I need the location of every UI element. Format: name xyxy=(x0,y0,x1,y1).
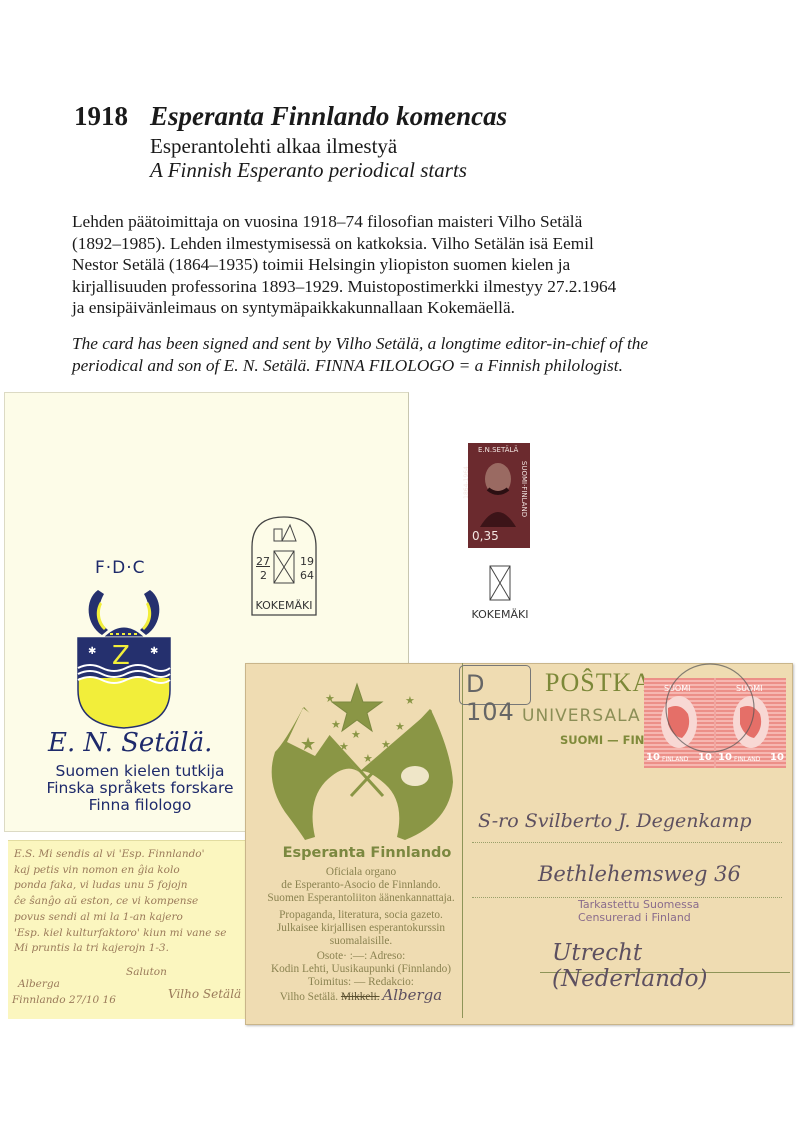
postcard-divider xyxy=(462,663,463,1018)
crossed-flags-icon: ★★★ ★★★ ★★ ★ xyxy=(255,672,460,842)
letter-line: E.S. Mi sendis al vi 'Esp. Finnlando' xyxy=(14,847,226,863)
subtitle-english: A Finnish Esperanto periodical starts xyxy=(150,158,467,183)
letter-line: kaj petis vin nomon en ĝia kolo xyxy=(14,863,226,879)
kokemaki-postmark: 27 2 19 64 KOKEMÄKI xyxy=(248,515,320,620)
crest-caption: Suomen kielen tutkija Finska språkets fo… xyxy=(40,763,240,814)
letter-line: Mi pruntis la tri kajerojn 1-3. xyxy=(14,941,226,957)
country-label: SUOMI — FINN xyxy=(560,733,654,747)
postmark-month: 2 xyxy=(260,569,267,582)
cancel-place: KOKEMÄKI xyxy=(468,608,532,621)
letter-date: Finnlando 27/10 16 xyxy=(12,993,116,1009)
fdc-label: F·D·C xyxy=(95,558,146,578)
handwritten-city: Alberga xyxy=(382,986,442,1004)
stamp-value-right: 10 xyxy=(770,752,784,763)
description-finnish: Lehden päätoimittaja on vuosina 1918–74 … xyxy=(72,211,772,319)
page-title: Esperanta Finnlando komencas xyxy=(150,101,507,132)
pc-line: de Esperanto-Asocio de Finnlando. xyxy=(250,879,472,892)
letter-closing: Saluton xyxy=(126,965,167,981)
pc-line: suomalaisille. xyxy=(250,935,472,948)
pc-line: Suomen Esperantoliiton äänenkannattaja. xyxy=(250,892,472,905)
address-street: Bethlehemsweg 36 xyxy=(538,862,741,886)
svg-text:★: ★ xyxy=(331,718,341,731)
pc-line: Oficiala organo xyxy=(250,866,472,879)
address-rule xyxy=(472,842,782,843)
text-line: periodical and son of E. N. Setälä. FINN… xyxy=(72,355,792,377)
handwritten-letter-card: E.S. Mi sendis al vi 'Esp. Finnlando' ka… xyxy=(8,840,248,1019)
box-number: D 104 xyxy=(466,670,530,726)
cancellation-ring-icon xyxy=(660,658,760,758)
svg-text:✱: ✱ xyxy=(150,646,158,657)
svg-text:★: ★ xyxy=(300,734,316,755)
svg-text:Z: Z xyxy=(112,641,130,671)
svg-text:★: ★ xyxy=(405,694,415,707)
box-number-stamp: D 104 xyxy=(459,665,531,705)
en-setala-signature: E. N. Setälä. xyxy=(48,728,212,758)
setala-crest-icon: ✱ ✱ Z xyxy=(64,580,184,730)
letter-line: ĉe ŝanĝo aŭ eston, ce vi kompense xyxy=(14,894,226,910)
stamp-years: 1864-1964 xyxy=(463,466,470,499)
pc-line: Julkaisee kirjallisen esperantokurssin xyxy=(250,922,472,935)
svg-text:★: ★ xyxy=(395,720,405,733)
address-city: Utrecht (Nederlando) xyxy=(552,940,800,992)
letter-signature: Vilho Setälä xyxy=(168,987,241,1003)
editor-name: Vilho Setälä. xyxy=(280,991,338,1003)
pc-line: Propaganda, literatura, socia gazeto. xyxy=(250,909,472,922)
postcard-heading: POŜTKA xyxy=(545,668,652,698)
caption-line: Finska språkets forskare xyxy=(40,780,240,797)
caption-line: Suomen kielen tutkija xyxy=(40,763,240,780)
letter-line: ponda faka, vi ludas unu 5 fojojn xyxy=(14,878,226,894)
postmark-year-bottom: 64 xyxy=(300,569,314,582)
text-line: Lehden päätoimittaja on vuosina 1918–74 … xyxy=(72,211,772,233)
svg-text:★: ★ xyxy=(325,692,335,705)
stamp-name: E.N.SETÄLÄ xyxy=(478,446,518,454)
pc-line: Osote· :—: Adreso: xyxy=(250,950,472,963)
postcard-description: Oficiala organo de Esperanto-Asocio de F… xyxy=(250,866,472,1004)
letter-place: Alberga xyxy=(18,977,60,993)
svg-text:★: ★ xyxy=(351,728,361,741)
stamp-country: SUOMI·FINLAND xyxy=(520,461,528,517)
text-line: (1892–1985). Lehden ilmestymisessä on ka… xyxy=(72,233,772,255)
censor-stamp: Tarkastettu Suomessa Censurerad i Finlan… xyxy=(578,898,699,924)
censor-line: Censurerad i Finland xyxy=(578,911,699,924)
postcard-title: Esperanta Finnlando xyxy=(262,845,472,861)
stamp-value-left: 10 xyxy=(646,752,660,763)
caption-line: Finna filologo xyxy=(40,797,240,814)
svg-text:✱: ✱ xyxy=(88,646,96,657)
cancel-lantern-icon xyxy=(488,564,512,604)
description-english: The card has been signed and sent by Vil… xyxy=(72,333,792,376)
letter-line: povus sendi al mi la 1-an kajero xyxy=(14,910,226,926)
text-line: The card has been signed and sent by Vil… xyxy=(72,333,792,355)
address-recipient: S-ro Svilberto J. Degenkamp xyxy=(478,810,752,832)
censor-line: Tarkastettu Suomessa xyxy=(578,898,699,911)
struck-city: Mikkeli. xyxy=(341,991,380,1003)
text-line: Nestor Setälä (1864–1935) toimii Helsing… xyxy=(72,254,772,276)
pc-signature-line: Vilho Setälä. Mikkeli. Alberga xyxy=(250,989,472,1004)
letter-text: E.S. Mi sendis al vi 'Esp. Finnlando' ka… xyxy=(14,847,226,957)
postmark-day: 27 xyxy=(256,555,270,568)
portrait-icon xyxy=(478,457,518,527)
postmark-place: KOKEMÄKI xyxy=(252,599,316,612)
subtitle-finnish: Esperantolehti alkaa ilmestyä xyxy=(150,134,397,159)
postmark-year-top: 19 xyxy=(300,555,314,568)
text-line: kirjallisuuden professorina 1893–1929. M… xyxy=(72,276,772,298)
year-heading: 1918 xyxy=(74,101,128,132)
text-line: ja ensipäivänleimaus on syntymäpaikkakun… xyxy=(72,297,772,319)
letter-line: 'Esp. kiel kulturfaktoro' kiun mi vane s… xyxy=(14,926,226,942)
stamp-cancellation: KOKEMÄKI xyxy=(462,520,538,620)
pc-line: Kodin Lehti, Uusikaupunki (Finnlando) xyxy=(250,963,472,976)
